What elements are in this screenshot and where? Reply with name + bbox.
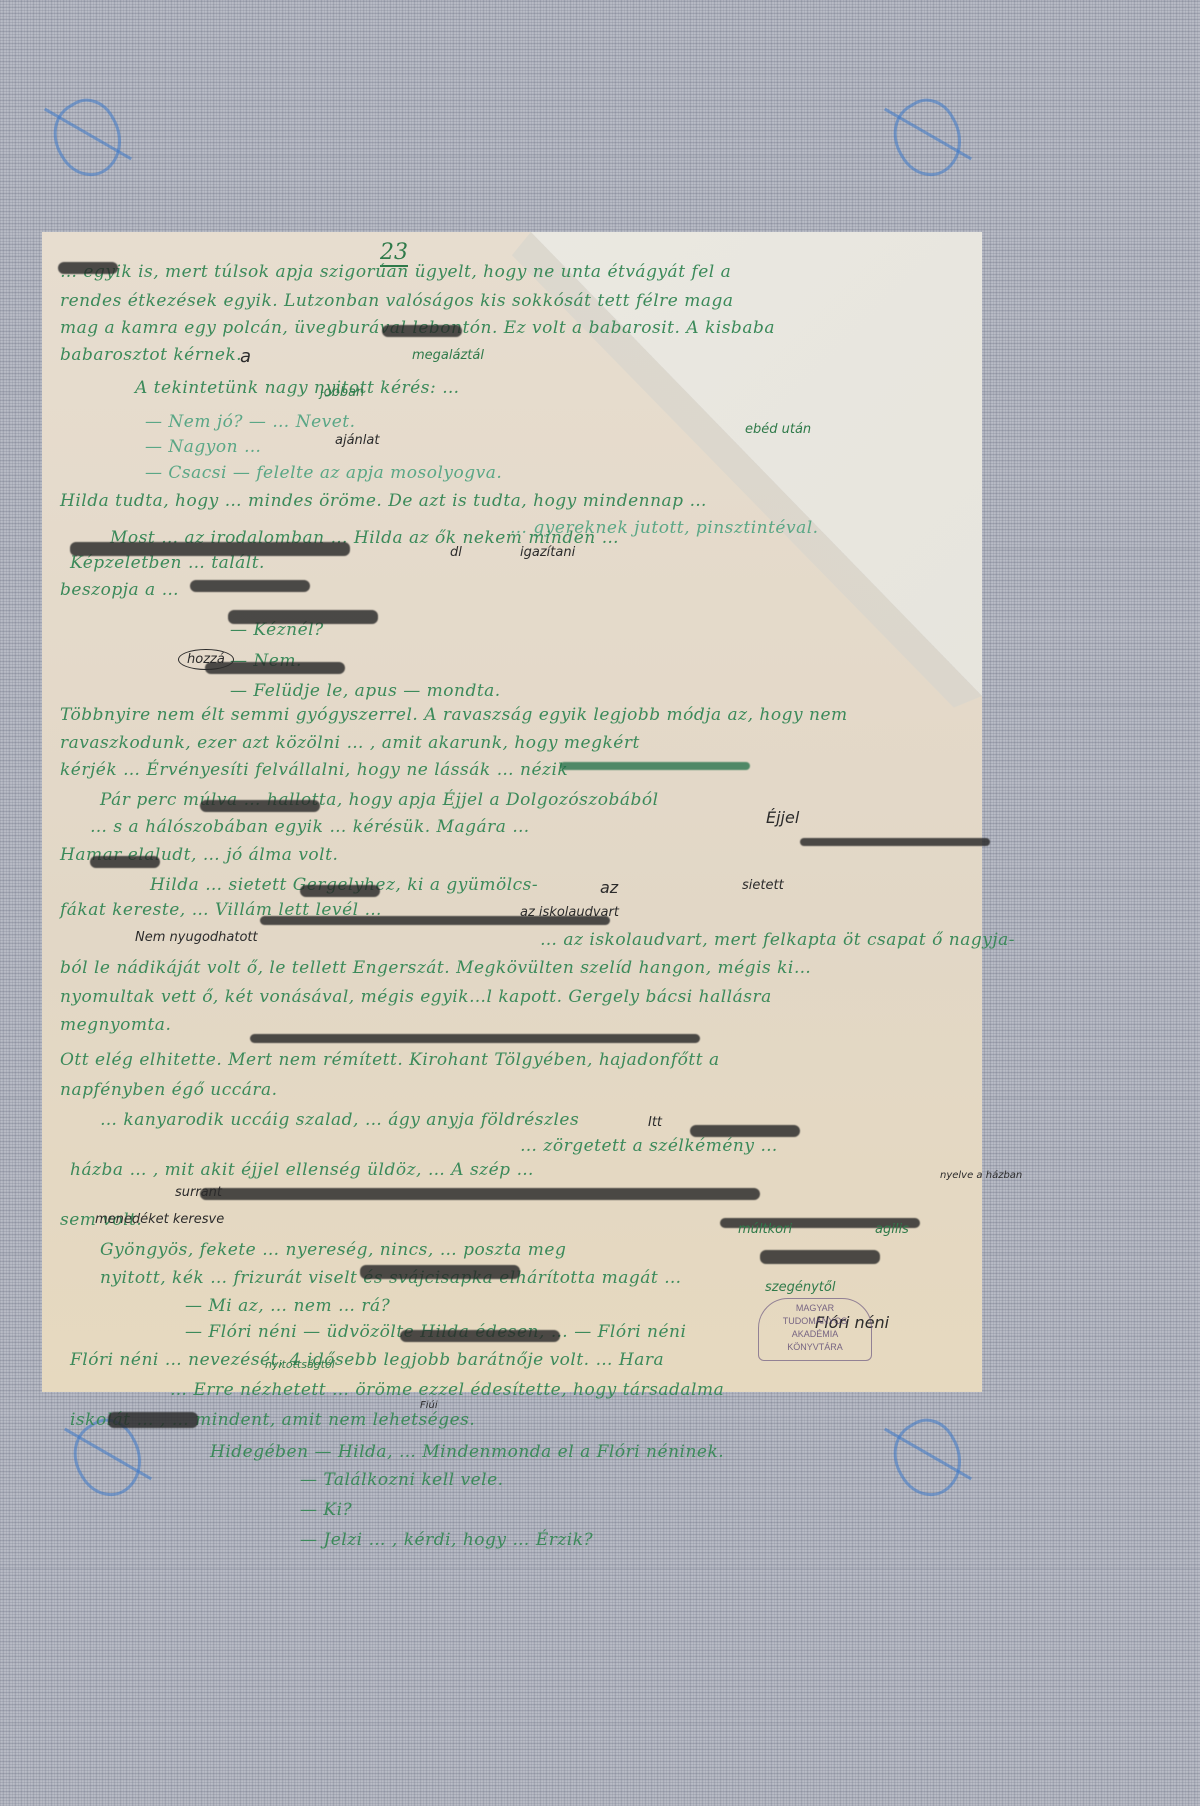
pencil-insert: jobban [320, 385, 364, 400]
manuscript-line: … Erre nézhetett … öröme ezzel édesített… [170, 1380, 724, 1400]
strikeout [360, 1265, 520, 1279]
strikeout [58, 262, 118, 274]
pencil-insert: sietett [742, 878, 784, 893]
manuscript-line: … s a hálószobában egyik … kérésük. Magá… [90, 817, 530, 837]
stamp-line: KÖNYVTÁRA [759, 1341, 871, 1354]
manuscript-line: beszopja a … [60, 580, 179, 600]
pencil-insert: ajánlat [335, 433, 379, 448]
strikeout [560, 762, 750, 770]
corner-mark-top-left [40, 89, 135, 188]
pencil-insert: ebéd után [745, 422, 811, 437]
strikeout [70, 542, 350, 556]
pencil-insert: igazítani [520, 545, 575, 560]
stamp-line: TUDOMÁNYOS AKADÉMIA [759, 1315, 871, 1341]
strikeout [382, 325, 462, 337]
pencil-insert: szegénytől [765, 1280, 835, 1295]
pencil-insert: az [600, 878, 618, 897]
strikeout [190, 580, 310, 592]
corner-mark-bottom-right [880, 1409, 975, 1508]
manuscript-line: babarosztot kérnek. [60, 345, 242, 365]
manuscript-line: Pár perc múlva … hallotta, hogy apja Éjj… [100, 790, 659, 810]
manuscript-line: Képzeletben … talált. [70, 553, 265, 573]
manuscript-line: kérjék … Érvényesíti felvállalni, hogy n… [60, 760, 568, 780]
pencil-insert: menedéket keresve [95, 1212, 224, 1227]
manuscript-line: napfényben égő uccára. [60, 1080, 278, 1100]
pencil-insert: múltkori [738, 1222, 792, 1237]
manuscript-line: Gyöngyös, fekete … nyereség, nincs, … po… [100, 1240, 566, 1260]
manuscript-line: — Ki? [300, 1500, 352, 1520]
manuscript-line: Flóri néni … nevezését, 4 idősebb legjob… [70, 1350, 664, 1370]
manuscript-line: Hilda tudta, hogy … mindes öröme. De azt… [60, 491, 707, 511]
manuscript-line: — Felüdje le, apus — mondta. [230, 681, 501, 701]
pencil-insert: Éjjel [766, 808, 799, 827]
manuscript-line: … az iskolaudvart, mert felkapta öt csap… [540, 930, 1015, 950]
pencil-insert: megaláztál [412, 348, 484, 363]
strikeout [300, 885, 380, 897]
strikeout [250, 1034, 700, 1043]
manuscript-line: rendes étkezések egyik. Lutzonban valósá… [60, 291, 734, 311]
manuscript-line: — Találkozni kell vele. [300, 1470, 504, 1490]
strikeout [760, 1250, 880, 1264]
pencil-insert: agilis [875, 1222, 909, 1237]
manuscript-line: … egyik is, mert túlsok apja szigorúan ü… [60, 262, 731, 282]
strikeout [200, 1188, 760, 1200]
manuscript-line: megnyomta. [60, 1015, 171, 1035]
manuscript-line: — Csacsi — felelte az apja mosolyogva. [145, 463, 502, 483]
pencil-insert: Fiúi [420, 1400, 438, 1411]
library-stamp: MAGYAR TUDOMÁNYOS AKADÉMIA KÖNYVTÁRA [758, 1298, 872, 1361]
manuscript-line: — Nem jó? — … Nevet. [145, 412, 356, 432]
stamp-line: MAGYAR [759, 1302, 871, 1315]
pencil-insert: Itt [648, 1115, 662, 1130]
manuscript-line: ravaszkodunk, ezer azt közölni … , amit … [60, 733, 640, 753]
strikeout [690, 1125, 800, 1137]
manuscript-line: Hidegében — Hilda, … Mindenmonda el a Fl… [210, 1442, 724, 1462]
manuscript-line: — Jelzi … , kérdi, hogy … Érzik? [300, 1530, 593, 1550]
manuscript-line: — Mi az, … nem … rá? [185, 1296, 390, 1316]
corner-mark-top-right [880, 89, 975, 188]
strikeout [200, 800, 320, 812]
pencil-insert: surrant [175, 1185, 222, 1200]
strikeout [400, 1330, 560, 1342]
manuscript-line: nyomultak vett ő, két vonásával, mégis e… [60, 987, 772, 1007]
pencil-insert: a [240, 346, 251, 367]
pencil-insert: nyitottságtól [265, 1358, 335, 1371]
pencil-insert: az iskolaudvart [520, 905, 619, 920]
manuscript-line: A tekintetünk nagy nyitott kérés: … [135, 378, 460, 398]
manuscript-line: ból le nádikáját volt ő, le tellett Enge… [60, 958, 811, 978]
pencil-insert: Nem nyugodhatott [135, 930, 258, 945]
strikeout [90, 856, 160, 868]
strikeout [800, 838, 990, 846]
manuscript-line: házba … , mit akit éjjel ellenség üldöz,… [70, 1160, 534, 1180]
manuscript-line: … kanyarodik uccáig szalad, … ágy anyja … [100, 1110, 579, 1130]
manuscript-line: Ott elég elhitette. Mert nem rémített. K… [60, 1050, 720, 1070]
manuscript-line: … zörgetett a szélkémény … [520, 1136, 778, 1156]
manuscript-line: Többnyire nem élt semmi gyógyszerrel. A … [60, 705, 848, 725]
manuscript-line: — Nagyon … [145, 437, 262, 457]
pencil-insert: nyelve a házban [940, 1170, 1022, 1181]
pencil-insert: dl [450, 545, 462, 560]
strikeout [108, 1412, 198, 1428]
pencil-insert: hozzá [178, 649, 234, 670]
strikeout [228, 610, 378, 624]
